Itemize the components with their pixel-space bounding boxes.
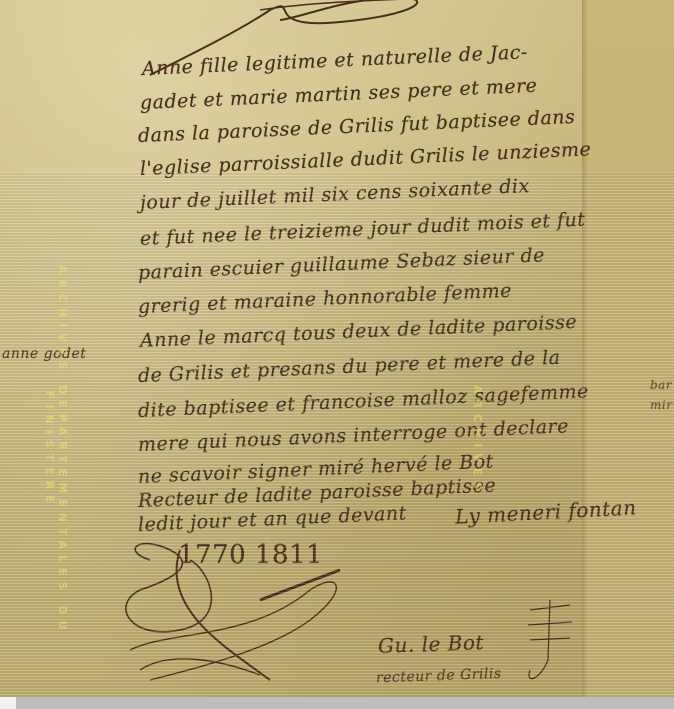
signature-dates: 1770 1811: [178, 540, 323, 570]
manuscript-line-6: et fut nee le treizieme jour dudit mois …: [140, 209, 586, 250]
manuscript-line-9: Anne le marcq tous deux de ladite parois…: [140, 311, 578, 352]
manuscript-line-4: l'eglise parroissialle dudit Grilis le u…: [140, 138, 592, 180]
signature-recteur: recteur de Grilis: [376, 666, 502, 686]
viewer-bottom-bar-left-segment: [0, 697, 16, 709]
manuscript-line-2: gadet et marie martin ses pere et mere: [140, 75, 538, 114]
archive-watermark-middle: ARCHIVES: [470, 280, 484, 600]
manuscript-line-7: parain escuier guillaume Sebaz sieur de: [138, 244, 546, 284]
manuscript-line-8: grerig et maraine honnorable femme: [138, 280, 513, 318]
manuscript-line-5: jour de juillet mil six cens soixante di…: [140, 175, 531, 214]
manuscript-line-10: de Grilis et presans du pere et mere de …: [138, 347, 561, 387]
manuscript-line-11: dite baptisee et francoise malloz sagefe…: [138, 380, 590, 422]
margin-note-right-1: bar: [650, 378, 672, 392]
manuscript-line-12: mere qui nous avons interroge ont declar…: [138, 415, 570, 456]
image-viewer: Anne fille legitime et naturelle de Jac-…: [0, 0, 674, 709]
margin-note-left: anne godet: [2, 346, 86, 362]
adjacent-page-edge: [582, 0, 674, 697]
archive-watermark-left: ARCHIVES DEPARTEMENTALES DU FINISTERE: [55, 210, 69, 690]
manuscript-page: Anne fille legitime et naturelle de Jac-…: [0, 0, 674, 697]
viewer-bottom-bar: [0, 697, 674, 709]
margin-note-right-2: mir: [650, 398, 672, 412]
paraph-mark: [520, 600, 580, 690]
signature-le-bot: Gu. le Bot: [378, 630, 485, 658]
